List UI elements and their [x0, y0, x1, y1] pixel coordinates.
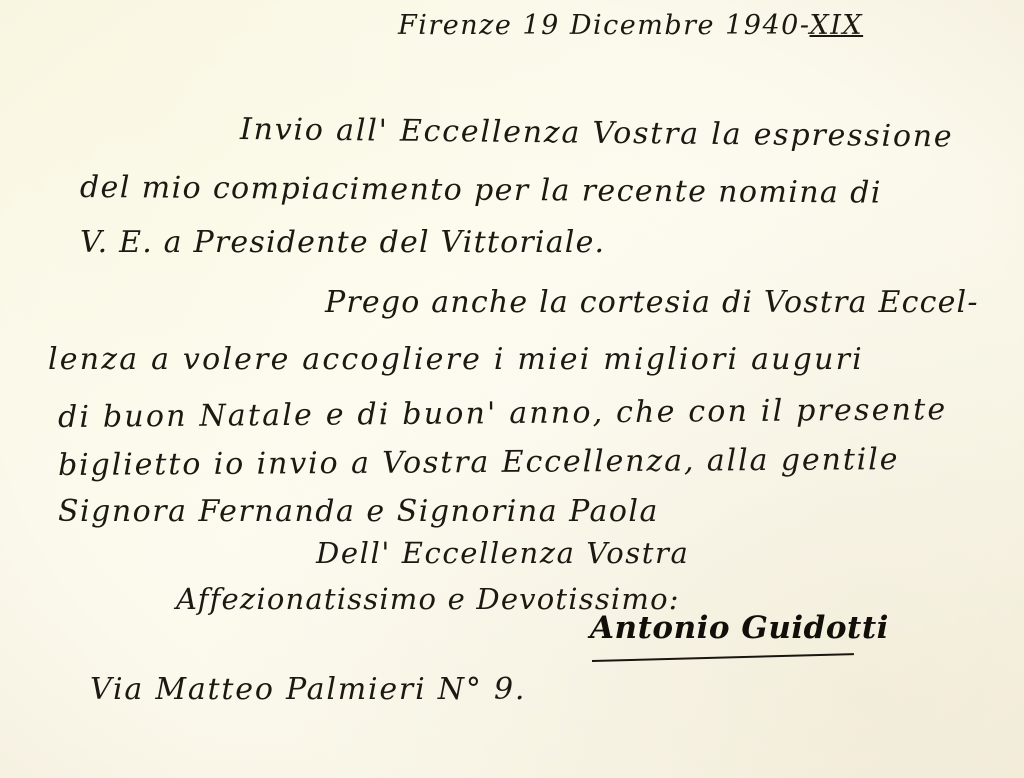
- era-separator: -: [800, 10, 810, 41]
- paragraph-1-line-1: Invio all' Eccellenza Vostra la espressi…: [240, 112, 954, 154]
- sender-address: Via Matteo Palmieri N° 9.: [90, 672, 526, 707]
- paragraph-2-line-5: Signora Fernanda e Signorina Paola: [58, 494, 659, 529]
- paragraph-1-line-2: del mio compiacimento per la recente nom…: [80, 170, 882, 211]
- fascist-era-year: XIX: [810, 10, 864, 41]
- signature: Antonio Guidotti: [590, 610, 889, 646]
- paragraph-2-line-4: biglietto io invio a Vostra Eccellenza, …: [58, 442, 900, 483]
- paragraph-1-line-3: V. E. a Presidente del Vittoriale.: [80, 225, 605, 260]
- place-date: Firenze 19 Dicembre 1940: [398, 10, 800, 41]
- paragraph-2-line-3: di buon Natale e di buon' anno, che con …: [58, 392, 948, 435]
- signature-underline: [592, 653, 854, 662]
- paragraph-2-line-2: lenza a volere accogliere i miei miglior…: [48, 342, 864, 377]
- closing-line-1: Dell' Eccellenza Vostra: [316, 536, 689, 570]
- letter-date-line: Firenze 19 Dicembre 1940-XIX: [398, 10, 863, 41]
- letter-page: Firenze 19 Dicembre 1940-XIX Invio all' …: [0, 0, 1024, 778]
- paragraph-2-line-1: Prego anche la cortesia di Vostra Eccel-: [325, 285, 979, 320]
